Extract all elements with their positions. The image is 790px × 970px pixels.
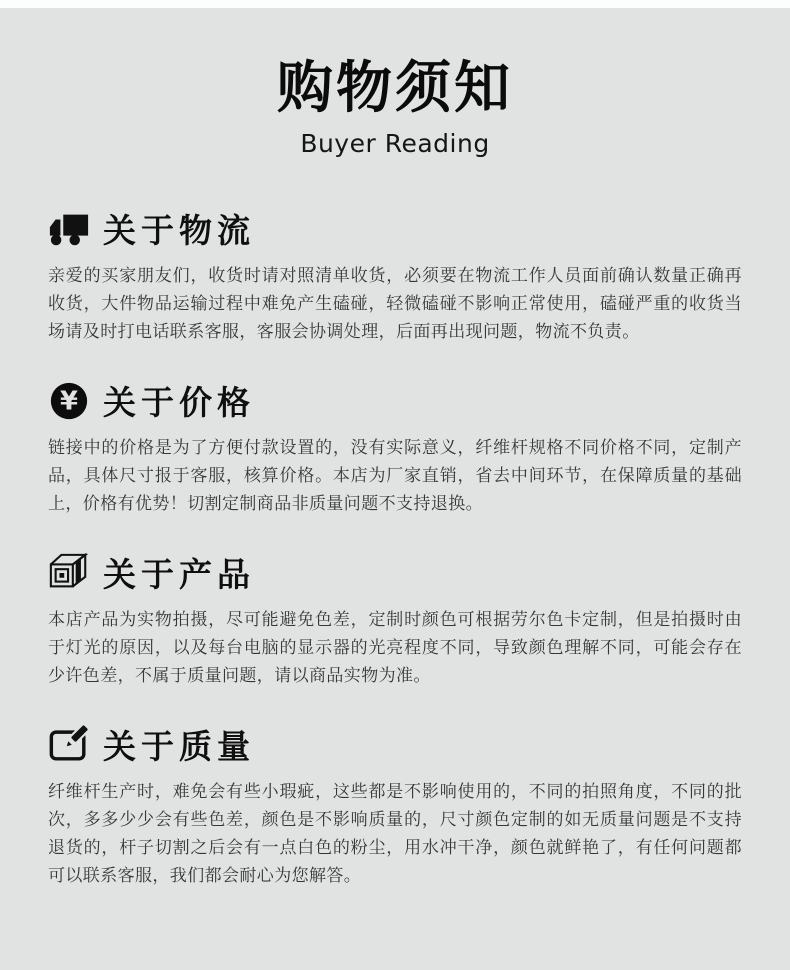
- section-quality-title: 关于质量: [103, 721, 255, 768]
- yuan-icon: ¥: [48, 380, 90, 422]
- section-product-body: 本店产品为实物拍摄，尽可能避免色差，定制时颜色可根据劳尔色卡定制，但是拍摄时由于…: [48, 606, 742, 690]
- page-subtitle: Buyer Reading: [0, 129, 790, 158]
- package-icon: [48, 552, 90, 594]
- section-quality-header: 关于质量: [48, 724, 742, 766]
- section-logistics-title: 关于物流: [103, 205, 255, 252]
- top-divider: [0, 0, 790, 8]
- section-logistics: 关于物流 亲爱的买家朋友们，收货时请对照清单收货，必须要在物流工作人员面前确认数…: [48, 208, 742, 346]
- section-quality: 关于质量 纤维杆生产时，难免会有些小瑕疵，这些都是不影响使用的，不同的拍照角度，…: [48, 724, 742, 890]
- notice-sections: 关于物流 亲爱的买家朋友们，收货时请对照清单收货，必须要在物流工作人员面前确认数…: [0, 208, 790, 890]
- truck-icon: [48, 208, 90, 250]
- section-product-title: 关于产品: [103, 549, 255, 596]
- section-price-title: 关于价格: [103, 377, 255, 424]
- page-title: 购物须知: [0, 58, 790, 120]
- section-logistics-header: 关于物流: [48, 208, 742, 250]
- section-logistics-body: 亲爱的买家朋友们，收货时请对照清单收货，必须要在物流工作人员面前确认数量正确再收…: [48, 262, 742, 346]
- section-price-body: 链接中的价格是为了方便付款设置的，没有实际意义，纤维杆规格不同价格不同，定制产品…: [48, 434, 742, 518]
- buyer-notice-page: 购物须知 Buyer Reading 关于物流 亲爱的买家朋友们，收货时请对照清…: [0, 0, 790, 970]
- edit-icon: [48, 724, 90, 766]
- section-product-header: 关于产品: [48, 552, 742, 594]
- section-price: ¥ 关于价格 链接中的价格是为了方便付款设置的，没有实际意义，纤维杆规格不同价格…: [48, 380, 742, 518]
- svg-text:¥: ¥: [60, 386, 78, 416]
- section-price-header: ¥ 关于价格: [48, 380, 742, 422]
- section-product: 关于产品 本店产品为实物拍摄，尽可能避免色差，定制时颜色可根据劳尔色卡定制，但是…: [48, 552, 742, 690]
- section-quality-body: 纤维杆生产时，难免会有些小瑕疵，这些都是不影响使用的，不同的拍照角度，不同的批次…: [48, 778, 742, 890]
